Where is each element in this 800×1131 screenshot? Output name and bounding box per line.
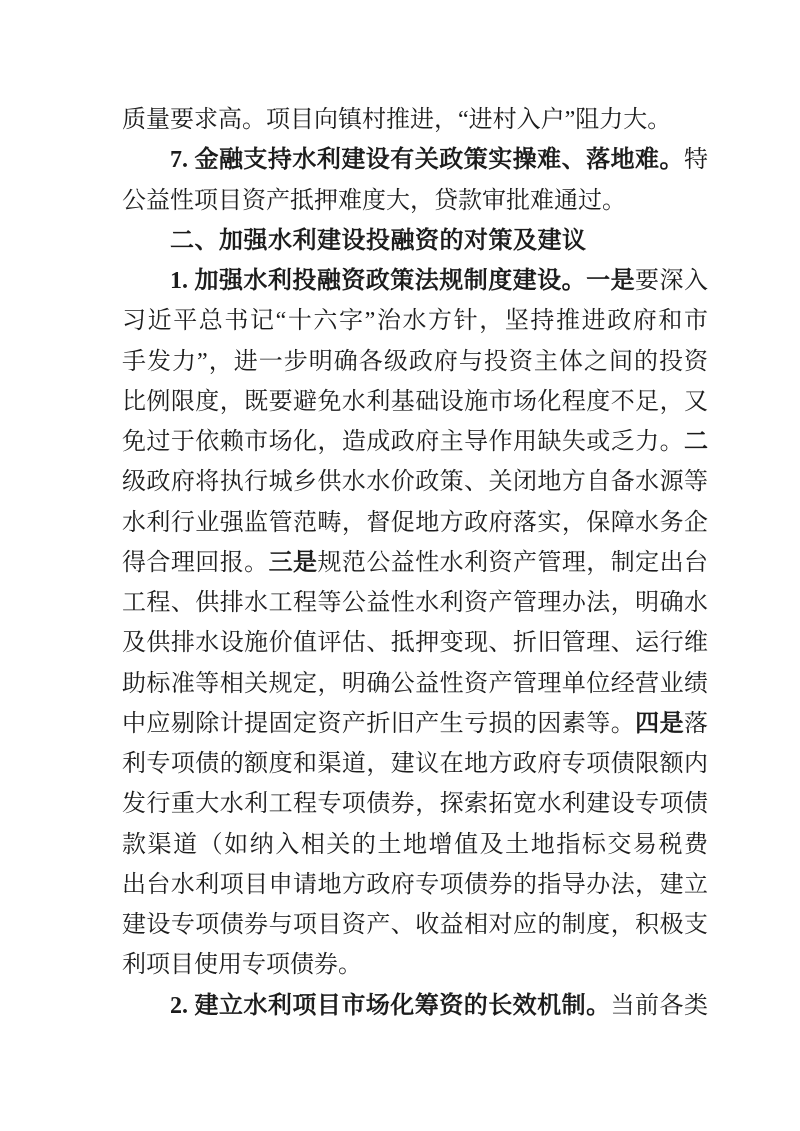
document-line: 手发力”，进一步明确各级政府与投资主体之间的投资分摊 (122, 342, 708, 382)
document-line: 质量要求高。项目向镇村推进，“进村入户”阻力大。 (122, 100, 708, 140)
text-run: 建设专项债券与项目资产、收益相对应的制度，积极支持水 (122, 912, 708, 945)
text-run: 及供排水设施价值评估、抵押变现、折旧管理、运行维护补 (122, 630, 708, 663)
text-run: 利专项债的额度和渠道，建议在地方政府专项债限额内单独 (122, 751, 708, 784)
document-line: 款渠道（如纳入相关的土地增值及土地指标交易税费中）， (122, 825, 708, 865)
document-line: 习近平总书记“十六字”治水方针，坚持推进政府和市场“两 (122, 301, 708, 341)
document-page: 质量要求高。项目向镇村推进，“进村入户”阻力大。7. 金融支持水利建设有关政策实… (0, 0, 800, 1131)
text-run: 发行重大水利工程专项债券，探索拓宽水利建设专项债券还 (122, 791, 708, 824)
document-line: 发行重大水利工程专项债券，探索拓宽水利建设专项债券还 (122, 784, 708, 824)
document-line: 水利行业强监管范畴，督促地方政府落实，保障水务企业获 (122, 503, 708, 543)
document-line: 1. 加强水利投融资政策法规制度建设。一是要深入贯彻 (122, 261, 708, 301)
text-run: 得合理回报。 (122, 550, 269, 576)
document-line: 比例限度，既要避免水利基础设施市场化程度不足，又要避 (122, 382, 708, 422)
text-run: 款渠道（如纳入相关的土地增值及土地指标交易税费中）， (122, 832, 708, 865)
text-run: 助标准等相关规定，明确公益性资产管理单位经营业绩考核 (122, 671, 708, 704)
document-line: 建设专项债券与项目资产、收益相对应的制度，积极支持水 (122, 905, 708, 945)
document-line: 公益性项目资产抵押难度大，贷款审批难通过。 (122, 181, 708, 221)
document-line: 7. 金融支持水利建设有关政策实操难、落地难。特别是 (122, 140, 708, 180)
document-line: 2. 建立水利项目市场化筹资的长效机制。当前各类工程 (122, 986, 708, 1026)
document-line: 中应剔除计提固定资产折旧产生亏损的因素等。四是落实水 (122, 704, 708, 744)
bold-text-run: 2. 建立水利项目市场化筹资的长效机制。 (170, 993, 611, 1019)
bold-text-run: 7. 金融支持水利建设有关政策实操难、落地难。 (170, 147, 684, 173)
document-line: 得合理回报。三是规范公益性水利资产管理，制定出台水源 (122, 543, 708, 583)
document-line: 免过于依赖市场化，造成政府主导作用缺失或乏力。二是省 (122, 422, 708, 462)
text-run: 出台水利项目申请地方政府专项债券的指导办法，建立水利 (122, 872, 708, 905)
document-text-block: 质量要求高。项目向镇村推进，“进村入户”阻力大。7. 金融支持水利建设有关政策实… (122, 100, 708, 1026)
document-line: 及供排水设施价值评估、抵押变现、折旧管理、运行维护补 (122, 623, 708, 663)
bold-text-run: 二、加强水利建设投融资的对策及建议 (170, 227, 587, 254)
text-run: 中应剔除计提固定资产折旧产生亏损的因素等。 (122, 711, 635, 737)
section-heading: 二、加强水利建设投融资的对策及建议 (122, 221, 708, 261)
document-line: 利项目使用专项债券。 (122, 945, 708, 985)
document-line: 利专项债的额度和渠道，建议在地方政府专项债限额内单独 (122, 744, 708, 784)
text-run: 工程、供排水工程等公益性水利资产管理办法，明确水资源 (122, 590, 708, 623)
text-run: 手发力”，进一步明确各级政府与投资主体之间的投资分摊 (122, 349, 708, 382)
text-run: 级政府将执行城乡供水水价政策、关闭地方自备水源等纳入 (122, 469, 708, 502)
text-run: 公益性项目资产抵押难度大，贷款审批难通过。 (122, 188, 626, 214)
text-run: 水利行业强监管范畴，督促地方政府落实，保障水务企业获 (122, 510, 708, 543)
document-line: 助标准等相关规定，明确公益性资产管理单位经营业绩考核 (122, 664, 708, 704)
document-line: 级政府将执行城乡供水水价政策、关闭地方自备水源等纳入 (122, 462, 708, 502)
bold-text-run: 四是 (635, 711, 684, 737)
text-run: 习近平总书记“十六字”治水方针，坚持推进政府和市场“两 (122, 308, 708, 341)
text-run: 质量要求高。项目向镇村推进，“进村入户”阻力大。 (122, 107, 671, 133)
bold-text-run: 三是 (269, 550, 318, 576)
document-line: 出台水利项目申请地方政府专项债券的指导办法，建立水利 (122, 865, 708, 905)
text-run: 比例限度，既要避免水利基础设施市场化程度不足，又要避 (122, 389, 708, 422)
text-run: 利项目使用专项债券。 (122, 952, 362, 978)
text-run: 免过于依赖市场化，造成政府主导作用缺失或乏力。 (122, 429, 684, 455)
bold-text-run: 1. 加强水利投融资政策法规制度建设。一是 (170, 268, 635, 294)
document-line: 工程、供排水工程等公益性水利资产管理办法，明确水资源 (122, 583, 708, 623)
